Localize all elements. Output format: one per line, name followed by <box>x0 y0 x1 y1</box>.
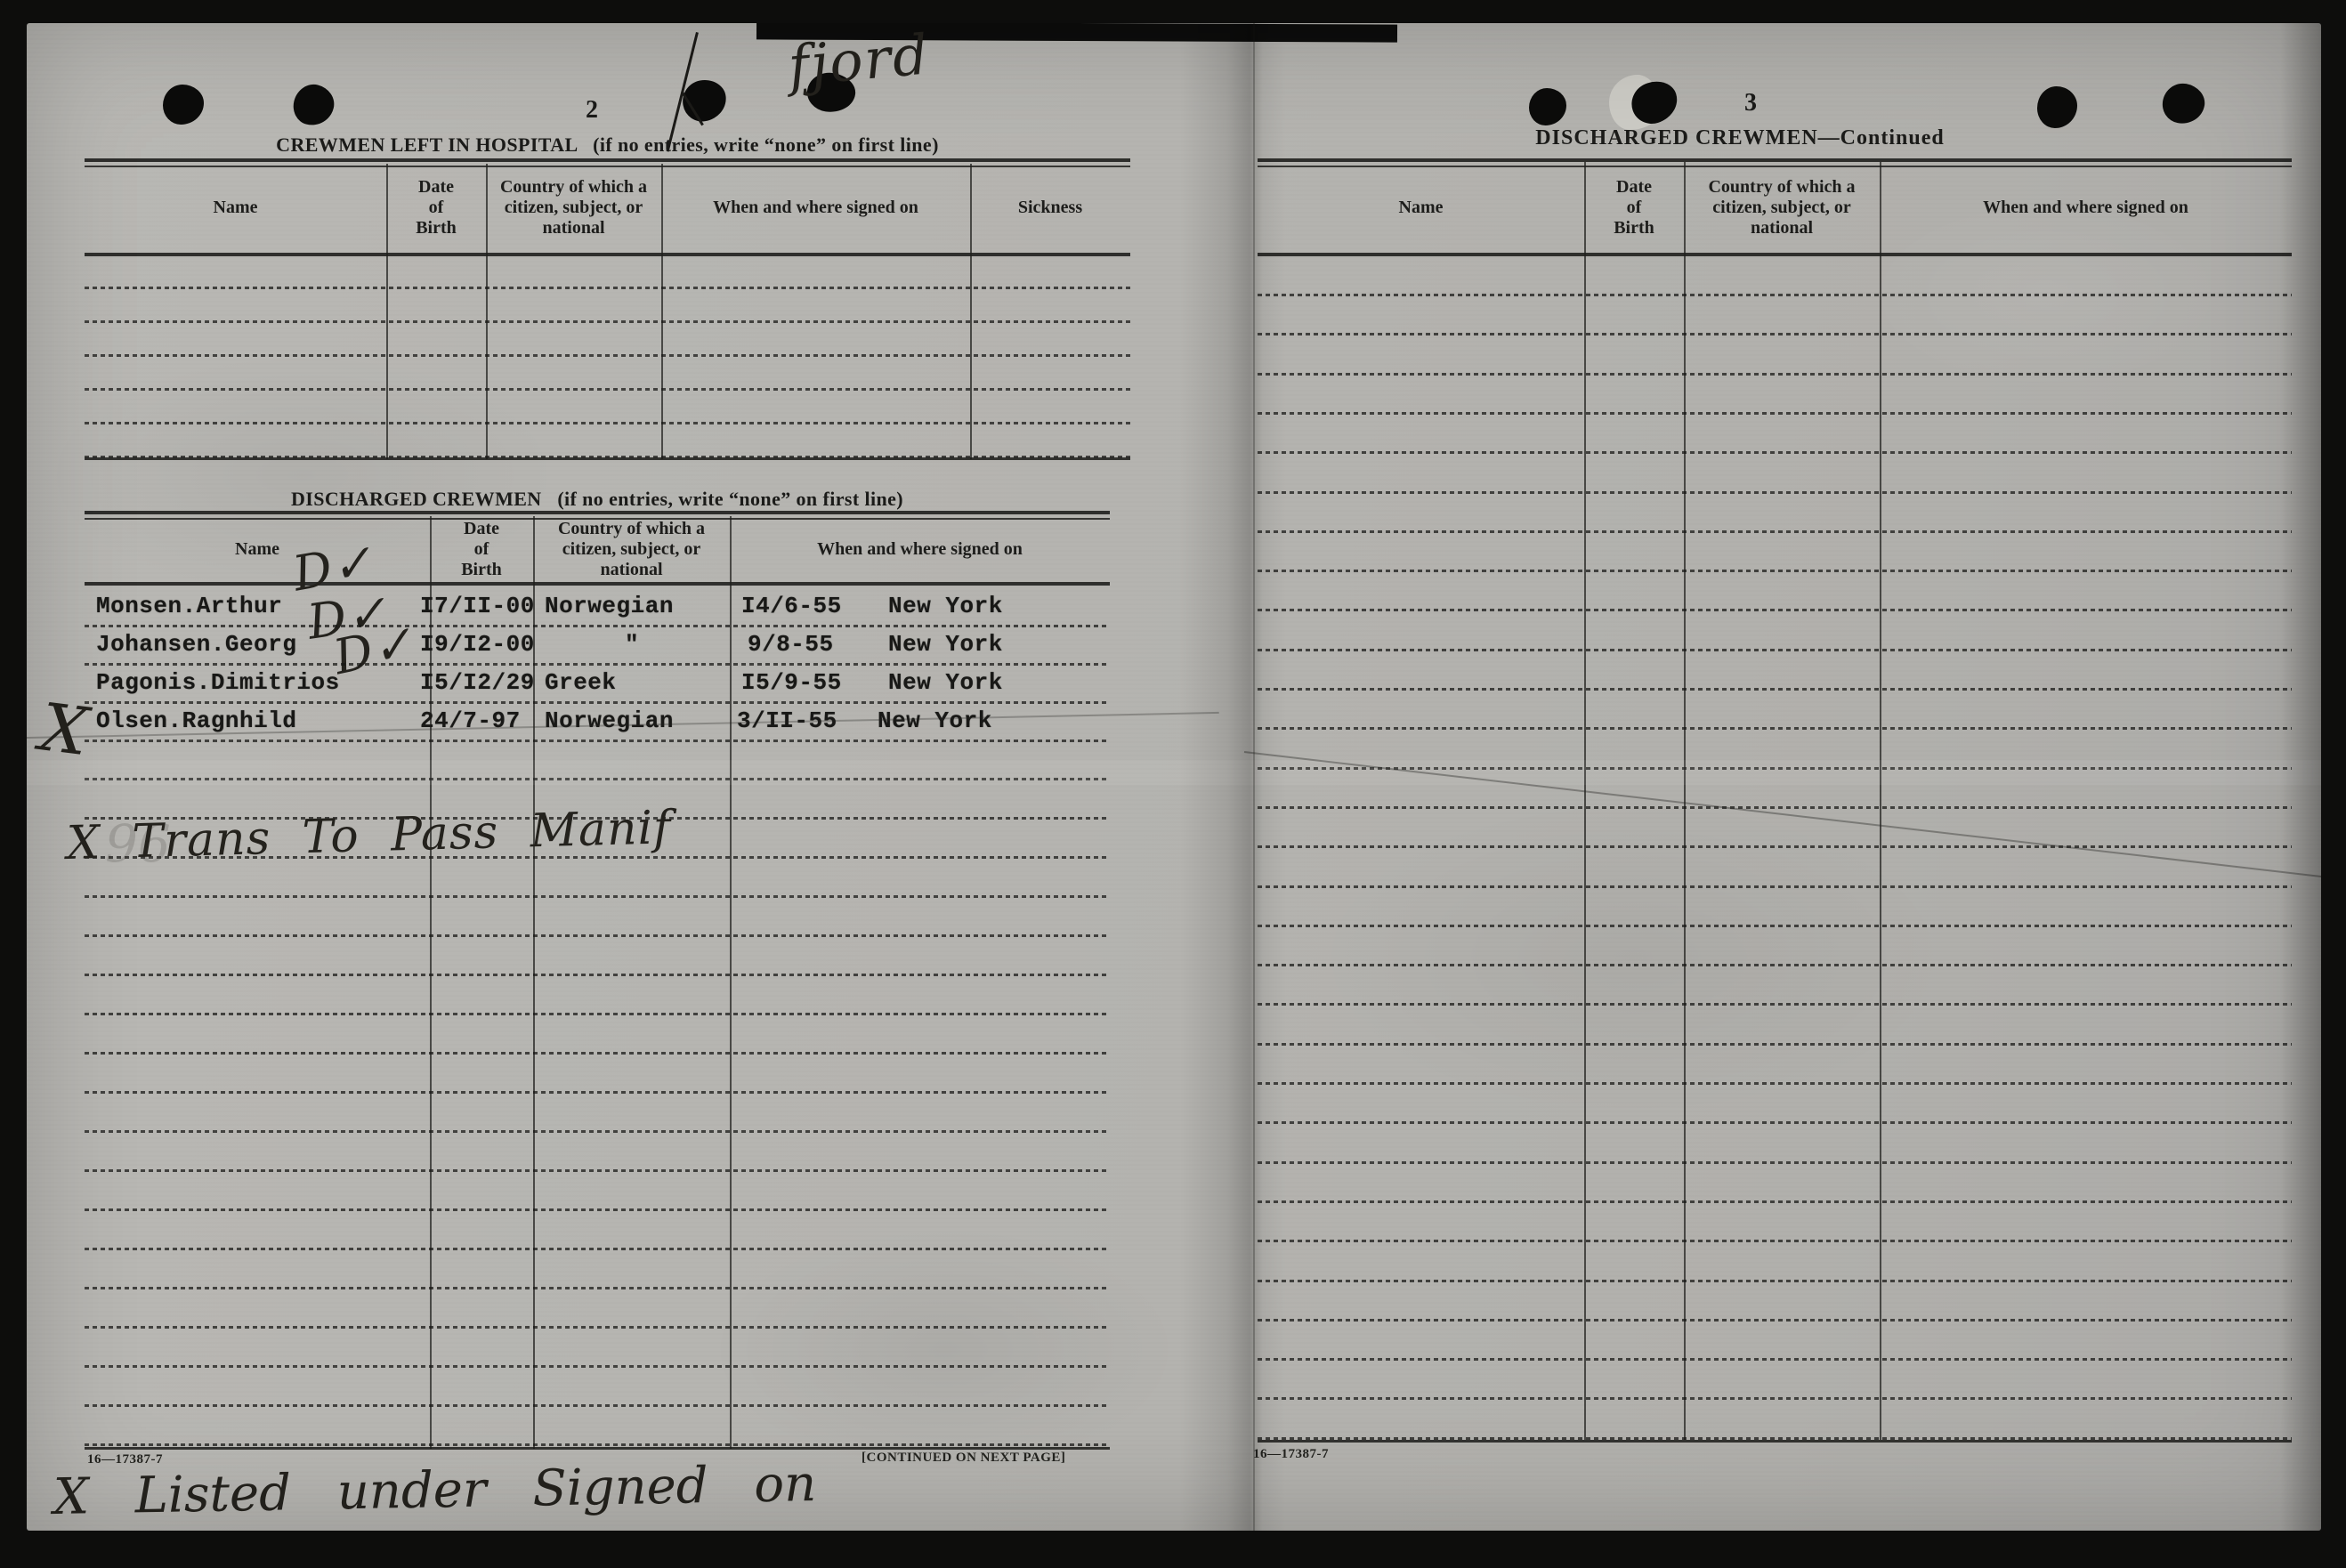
dotted-row-line <box>85 974 1110 976</box>
right-header-underline <box>1258 253 2292 256</box>
dotted-row-line <box>1258 925 2292 927</box>
dotted-row-line <box>1258 1082 2292 1085</box>
dotted-row-line <box>85 1130 1110 1133</box>
discharged-table-bottom-rule <box>85 1447 1110 1450</box>
hole-punch <box>163 85 204 125</box>
dotted-row-line <box>1258 727 2292 730</box>
col-label: When and where signed on <box>1983 198 2188 218</box>
dotted-row-line <box>1258 451 2292 454</box>
dotted-row-line <box>85 1443 1110 1446</box>
signed-place: New York <box>888 631 1003 658</box>
dotted-row-line <box>85 388 1130 391</box>
listed-under-signed-on-note: X Listed under Signed on <box>53 1455 816 1526</box>
dotted-row-line <box>1258 294 2292 296</box>
col-label: national <box>542 218 604 238</box>
dotted-row-line <box>1258 570 2292 572</box>
page-number-left: 2 <box>586 96 598 125</box>
col-label: of <box>474 539 489 560</box>
hole-punch <box>1529 88 1566 125</box>
dotted-row-line <box>85 1248 1110 1250</box>
continued-on-next-page-note: [CONTINUED ON NEXT PAGE] <box>862 1451 1065 1466</box>
dotted-row-line <box>85 1365 1110 1368</box>
hospital-title-note: (if no entries, write “none” on first li… <box>593 133 939 156</box>
crewman-country: Greek <box>545 669 617 696</box>
hospital-col-sickness: Sickness <box>970 166 1130 249</box>
col-label: Date <box>1616 177 1652 198</box>
col-label: Country of which a <box>1708 177 1855 198</box>
col-label: Name <box>1399 198 1444 218</box>
crewman-dob: I7/II-00 <box>420 593 535 619</box>
discharged-col-country: Country of which a citizen, subject, or … <box>533 518 730 580</box>
dotted-row-line <box>1258 491 2292 494</box>
hospital-divider <box>970 164 972 459</box>
hole-punch <box>289 80 338 130</box>
page-number-right: 3 <box>1744 89 1757 117</box>
right-table-bottom-rule <box>1258 1440 2292 1443</box>
right-col-signed: When and where signed on <box>1880 166 2292 249</box>
discharged-section-title: DISCHARGED CREWMEN (if no entries, write… <box>85 488 1110 511</box>
dotted-row-line <box>85 354 1130 357</box>
discharged-title-text: DISCHARGED CREWMEN <box>291 488 542 510</box>
dotted-row-line <box>1258 688 2292 691</box>
dotted-row-line <box>1258 333 2292 335</box>
dotted-row-line <box>85 1404 1110 1407</box>
hospital-title-text: CREWMEN LEFT IN HOSPITAL <box>276 133 577 156</box>
col-label: national <box>600 560 662 580</box>
dotted-row-line <box>1258 1121 2292 1124</box>
signed-place: New York <box>878 707 992 734</box>
col-label: Birth <box>416 218 457 238</box>
signed-date: I5/9-55 <box>741 669 842 696</box>
hospital-table-bottom-rule <box>85 457 1130 460</box>
col-label: When and where signed on <box>817 539 1023 560</box>
hospital-header-underline <box>85 253 1130 256</box>
hole-punch <box>2037 86 2077 128</box>
hospital-col-country: Country of which a citizen, subject, or … <box>486 166 661 249</box>
hole-punch <box>2159 80 2207 126</box>
dotted-row-line <box>85 1013 1110 1015</box>
col-label: of <box>1627 198 1642 218</box>
hospital-col-signed: When and where signed on <box>661 166 970 249</box>
right-divider <box>1684 162 1686 1440</box>
col-label: citizen, subject, or <box>505 198 643 218</box>
ship-name-handwriting: fjord <box>786 23 933 99</box>
signed-place: New York <box>888 593 1003 619</box>
crewman-country: Norwegian <box>545 593 674 619</box>
right-col-dob: Date of Birth <box>1584 166 1684 249</box>
dotted-row-line <box>85 1169 1110 1172</box>
col-label: Birth <box>461 560 502 580</box>
crewman-name: Olsen.Ragnhild <box>96 707 296 734</box>
dotted-row-line <box>85 422 1130 424</box>
crewman-country-ditto: " <box>625 631 639 658</box>
hospital-divider <box>386 164 388 459</box>
dotted-row-line <box>85 1091 1110 1094</box>
crewman-dob: I9/I2-00 <box>420 631 535 658</box>
dotted-row-line <box>1258 649 2292 651</box>
scanned-crew-manifest: 2 fjord CREWMEN LEFT IN HOSPITAL (if no … <box>0 0 2346 1568</box>
dotted-row-line <box>85 1287 1110 1289</box>
hospital-col-dob: Date of Birth <box>386 166 486 249</box>
dotted-row-line <box>85 895 1110 898</box>
col-label: citizen, subject, or <box>562 539 701 560</box>
dotted-row-line <box>85 1052 1110 1055</box>
discharged-title-note: (if no entries, write “none” on first li… <box>557 488 903 510</box>
dotted-row-line <box>1258 1397 2292 1400</box>
fold-highlight <box>27 760 2321 785</box>
page-edge-line <box>1253 23 1255 1531</box>
dotted-row-line <box>1258 1003 2292 1006</box>
signed-date: I4/6-55 <box>741 593 842 619</box>
col-label: national <box>1751 218 1813 238</box>
discharged-col-dob: Date of Birth <box>430 518 533 580</box>
col-label: citizen, subject, or <box>1712 198 1851 218</box>
crewman-name: Pagonis.Dimitrios <box>96 669 340 696</box>
dotted-row-line <box>85 701 1110 704</box>
hospital-divider <box>661 164 663 459</box>
right-divider <box>1584 162 1586 1440</box>
dotted-row-line <box>85 287 1130 289</box>
trans-to-pass-manifest-note: X Trans To Pass Manif <box>66 801 672 870</box>
hospital-section-title: CREWMEN LEFT IN HOSPITAL (if no entries,… <box>85 133 1130 157</box>
dotted-row-line <box>1258 530 2292 533</box>
dotted-row-line <box>1258 1043 2292 1046</box>
dotted-row-line <box>1258 885 2292 888</box>
dotted-row-line <box>1258 609 2292 611</box>
right-edge-shadow <box>2280 23 2321 1531</box>
crewman-country: Norwegian <box>545 707 674 734</box>
dotted-row-line <box>1258 1358 2292 1361</box>
right-col-country: Country of which a citizen, subject, or … <box>1684 166 1880 249</box>
dotted-row-line <box>1258 845 2292 848</box>
dotted-row-line <box>1258 1280 2292 1282</box>
col-label: Name <box>235 539 279 560</box>
col-label: When and where signed on <box>713 198 918 218</box>
dotted-row-line <box>85 625 1110 627</box>
col-label: Date <box>418 177 454 198</box>
signed-date: 9/8-55 <box>748 631 834 658</box>
col-label: Birth <box>1614 218 1654 238</box>
dotted-row-line <box>85 1208 1110 1211</box>
dotted-row-line <box>1258 1161 2292 1164</box>
dotted-row-line <box>1258 964 2292 966</box>
right-col-name: Name <box>1258 166 1584 249</box>
crewman-dob: I5/I2/29 <box>420 669 535 696</box>
signed-place: New York <box>888 669 1003 696</box>
col-label: Country of which a <box>500 177 647 198</box>
dotted-row-line <box>85 740 1110 742</box>
dotted-row-line <box>1258 1200 2292 1203</box>
col-label: Date <box>464 519 499 539</box>
col-label: Sickness <box>1018 198 1082 218</box>
discharged-col-name: Name <box>85 518 430 580</box>
form-number-right: 16—17387-7 <box>1253 1447 1329 1462</box>
dotted-row-line <box>1258 806 2292 809</box>
crewman-name: Johansen.Georg <box>96 631 296 658</box>
col-label: Name <box>214 198 258 218</box>
dotted-row-line <box>1258 412 2292 415</box>
col-label: Country of which a <box>558 519 705 539</box>
dotted-row-line <box>85 663 1110 666</box>
hospital-col-name: Name <box>85 166 386 249</box>
col-label: of <box>429 198 444 218</box>
crewman-dob: 24/7-97 <box>420 707 521 734</box>
dotted-row-line <box>85 320 1130 323</box>
dotted-row-line <box>85 1326 1110 1329</box>
dotted-row-line <box>1258 373 2292 376</box>
discharged-header-underline <box>85 582 1110 586</box>
discharged-col-signed: When and where signed on <box>730 518 1110 580</box>
manifest-paper: 2 fjord CREWMEN LEFT IN HOSPITAL (if no … <box>27 23 2321 1531</box>
hospital-divider <box>486 164 488 459</box>
crewman-name: Monsen.Arthur <box>96 593 282 619</box>
dotted-row-line <box>85 934 1110 937</box>
discharged-continued-title: DISCHARGED CREWMEN—Continued <box>1228 126 2252 150</box>
form-number-left: 16—17387-7 <box>87 1452 163 1467</box>
dotted-row-line <box>1258 1319 2292 1321</box>
dotted-row-line <box>1258 1240 2292 1242</box>
right-divider <box>1880 162 1881 1440</box>
